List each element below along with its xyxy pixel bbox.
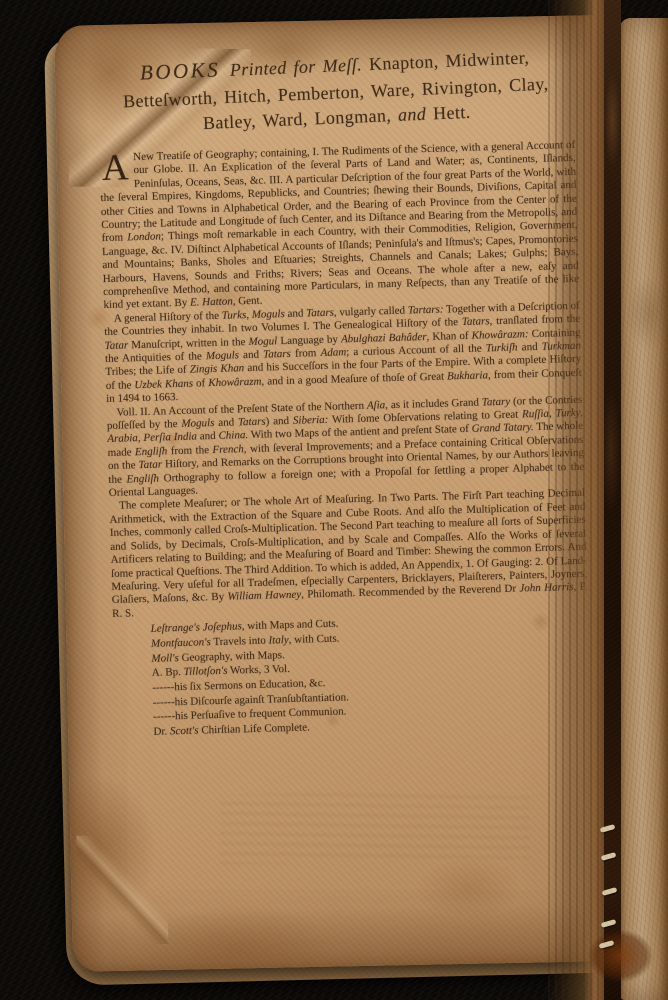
text-segment: from the	[167, 444, 212, 457]
advertisement-paragraphs: ANew Treatiſe of Geography; containing, …	[99, 139, 588, 621]
text-segment: Montfaucon's	[151, 636, 211, 650]
text-segment: Tatars	[263, 348, 291, 361]
text-segment: , with Cuts.	[289, 632, 340, 645]
text-segment: Siberia:	[293, 414, 329, 427]
advert-paragraph: ANew Treatiſe of Geography; containing, …	[99, 139, 579, 313]
text-segment: Tribes; the Life of	[105, 364, 190, 378]
text-segment: Moguls	[206, 349, 239, 362]
text-segment: , vulgarly called	[334, 304, 408, 318]
text-segment: Geography, with Maps.	[179, 649, 285, 664]
text-segment: and	[214, 416, 238, 429]
text-segment: , tranſlated from the	[489, 313, 580, 328]
text-segment: BOOKS	[139, 57, 230, 85]
text-segment: and	[285, 307, 307, 320]
adjacent-leaf-edge	[619, 18, 668, 1000]
text-segment: and	[197, 430, 219, 443]
text-segment: Leſtrange's Joſephus	[150, 620, 242, 635]
text-segment: Dr.	[153, 725, 170, 737]
show-through-smudge	[219, 789, 530, 865]
text-segment: Works, 3 Vol.	[227, 663, 290, 677]
text-segment: , Khan of	[426, 329, 471, 342]
text-segment: Tartars:	[408, 303, 444, 316]
text-segment: Khowârazm:	[472, 328, 529, 342]
text-segment: Mogul	[248, 335, 277, 348]
text-segment: Travels into	[211, 634, 269, 648]
photo-background: BOOKS Printed for Meſſ. Knapton, Midwint…	[0, 0, 668, 1000]
short-title-list: Leſtrange's Joſephus, with Maps and Cuts…	[112, 610, 591, 741]
text-segment: Adam	[320, 346, 346, 359]
text-segment: from	[291, 347, 321, 360]
text-segment: Bukharia	[447, 369, 488, 382]
text-segment: ; Things moſt remarkable in each Country…	[102, 219, 579, 311]
text-segment: Language by	[277, 333, 341, 347]
text-segment: Scott's	[170, 725, 199, 738]
text-segment: China.	[218, 430, 248, 443]
advert-paragraph: The complete Meaſurer; or The whole Art …	[109, 487, 588, 621]
text-segment: Tillotſon's	[183, 665, 227, 678]
text-segment: E. Hatton	[190, 296, 233, 309]
text-segment: Tatar	[138, 459, 162, 472]
text-segment: Tatary	[482, 395, 511, 408]
text-segment: Tatars	[306, 306, 334, 319]
text-segment: Printed for Meſſ.	[229, 54, 369, 80]
text-segment: Hett.	[433, 102, 471, 124]
text-segment: French	[212, 443, 244, 456]
text-segment: William Hawney	[227, 589, 301, 603]
text-segment: Tatars	[462, 315, 490, 328]
text-segment: of	[193, 377, 209, 389]
text-segment: Abulghazi Bahâder	[341, 331, 427, 345]
text-segment: Khowârazm	[208, 375, 262, 388]
text-segment: , with Maps and Cuts.	[242, 618, 339, 633]
text-segment: Moguls	[181, 417, 214, 430]
text-segment: and	[239, 349, 264, 362]
text-segment: Moll's	[151, 652, 179, 665]
text-segment: Tatar	[105, 339, 129, 352]
text-segment: Uzbek Khans	[134, 377, 193, 391]
text-segment: London	[127, 231, 161, 244]
advert-paragraph: Voll. II. An Account of the Preſent Stat…	[106, 393, 584, 500]
text-segment: Turkiſh	[486, 342, 518, 355]
printed-content: BOOKS Printed for Meſſ. Knapton, Midwint…	[97, 44, 592, 741]
text-segment: Chirſtian Life Complete.	[198, 722, 309, 737]
drop-cap: A	[99, 151, 134, 184]
text-segment: Tatars	[238, 416, 266, 429]
bottom-corner-fold	[76, 834, 168, 946]
text-segment: , as it includes Grand	[385, 396, 482, 411]
text-segment: Engliſh	[135, 445, 168, 458]
text-segment: Zingis Khan	[190, 363, 245, 377]
text-segment: and	[398, 104, 434, 125]
text-segment: Turks, Moguls	[222, 308, 285, 322]
text-segment: , Gent.	[233, 295, 263, 308]
text-segment: Aſia	[367, 399, 386, 412]
text-segment: Turkman	[542, 340, 581, 353]
text-segment: ) and	[266, 415, 294, 428]
text-segment: John Harris	[519, 581, 573, 595]
text-segment: Grand Tatary.	[472, 422, 534, 436]
text-segment: and	[517, 341, 542, 354]
advert-paragraph: A general Hiſtory of the Turks, Moguls a…	[104, 300, 582, 407]
text-segment: Engliſh	[126, 472, 159, 485]
booksellers-heading: BOOKS Printed for Meſſ. Knapton, Midwint…	[118, 41, 553, 140]
text-segment: A. Bp.	[152, 666, 184, 679]
text-segment: Italy	[268, 634, 288, 647]
book-page: BOOKS Printed for Meſſ. Knapton, Midwint…	[54, 15, 625, 972]
